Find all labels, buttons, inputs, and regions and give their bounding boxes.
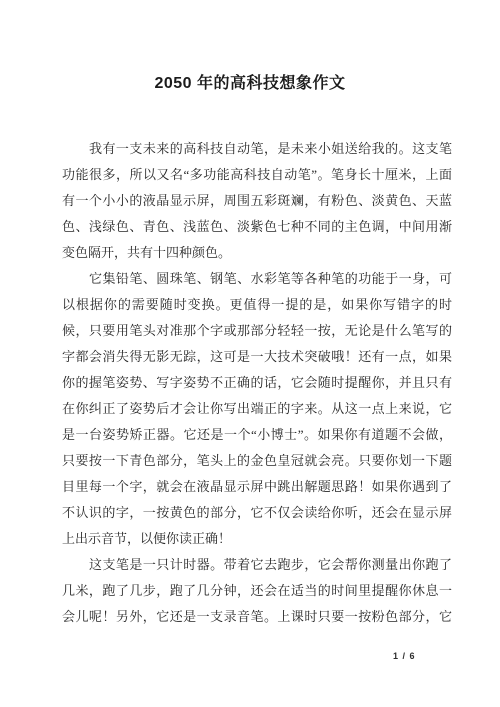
text-line: 上出示音节，以便你读正确！ xyxy=(62,526,452,552)
text-line: 这支笔是一只计时器。带着它去跑步，它会帮你测量出你跑了 xyxy=(62,552,452,578)
text-line: 几米，跑了几步，跑了几分钟，还会在适当的时间里提醒你休息一 xyxy=(62,578,452,604)
paragraph: 它集铅笔、圆珠笔、钢笔、水彩笔等各种笔的功能于一身，可 以根据你的需要随时变换。… xyxy=(62,266,452,552)
paragraph: 我有一支未来的高科技自动笔，是未来小姐送给我的。这支笔 功能很多，所以又名“多功… xyxy=(62,136,452,266)
text-line: 目里每一个字，就会在液晶显示屏中跳出解题思路！如果你遇到了 xyxy=(62,474,452,500)
text-line: 以根据你的需要随时变换。更值得一提的是，如果你写错字的时 xyxy=(62,292,452,318)
document-body: 我有一支未来的高科技自动笔，是未来小姐送给我的。这支笔 功能很多，所以又名“多功… xyxy=(62,136,452,630)
text-line: 不认识的字，一按黄色的部分，它不仅会读给你听，还会在显示屏 xyxy=(62,500,452,526)
text-line: 色、浅绿色、青色、浅蓝色、淡紫色七种不同的主色调，中间用渐 xyxy=(62,214,452,240)
text-line: 有一个小小的液晶显示屏，周围五彩斑斓，有粉色、淡黄色、天蓝 xyxy=(62,188,452,214)
text-line: 你的握笔姿势、写字姿势不正确的话，它会随时提醒你，并且只有 xyxy=(62,370,452,396)
text-line: 字都会消失得无影无踪，这可是一大技术突破哦！还有一点，如果 xyxy=(62,344,452,370)
text-line: 在你纠正了姿势后才会让你写出端正的字来。从这一点上来说，它 xyxy=(62,396,452,422)
text-line: 变色隔开，共有十四种颜色。 xyxy=(62,240,452,266)
text-line: 只要按一下青色部分，笔头上的金色皇冠就会亮。只要你划一下题 xyxy=(62,448,452,474)
text-line: 它集铅笔、圆珠笔、钢笔、水彩笔等各种笔的功能于一身，可 xyxy=(62,266,452,292)
text-line: 我有一支未来的高科技自动笔，是未来小姐送给我的。这支笔 xyxy=(62,136,452,162)
document-title: 2050 年的高科技想象作文 xyxy=(0,75,500,93)
text-line: 会儿呢！另外，它还是一支录音笔。上课时只要一按粉色部分，它 xyxy=(62,604,452,630)
document-page: 2050 年的高科技想象作文 我有一支未来的高科技自动笔，是未来小姐送给我的。这… xyxy=(0,0,500,707)
text-line: 候，只要用笔头对准那个字或那部分轻轻一按，无论是什么笔写的 xyxy=(62,318,452,344)
text-line: 功能很多，所以又名“多功能高科技自动笔”。笔身长十厘米，上面 xyxy=(62,162,452,188)
page-number: 1 / 6 xyxy=(393,650,416,662)
text-line: 是一台姿势矫正器。它还是一个“小博士”。如果你有道题不会做， xyxy=(62,422,452,448)
paragraph: 这支笔是一只计时器。带着它去跑步，它会帮你测量出你跑了 几米，跑了几步，跑了几分… xyxy=(62,552,452,630)
